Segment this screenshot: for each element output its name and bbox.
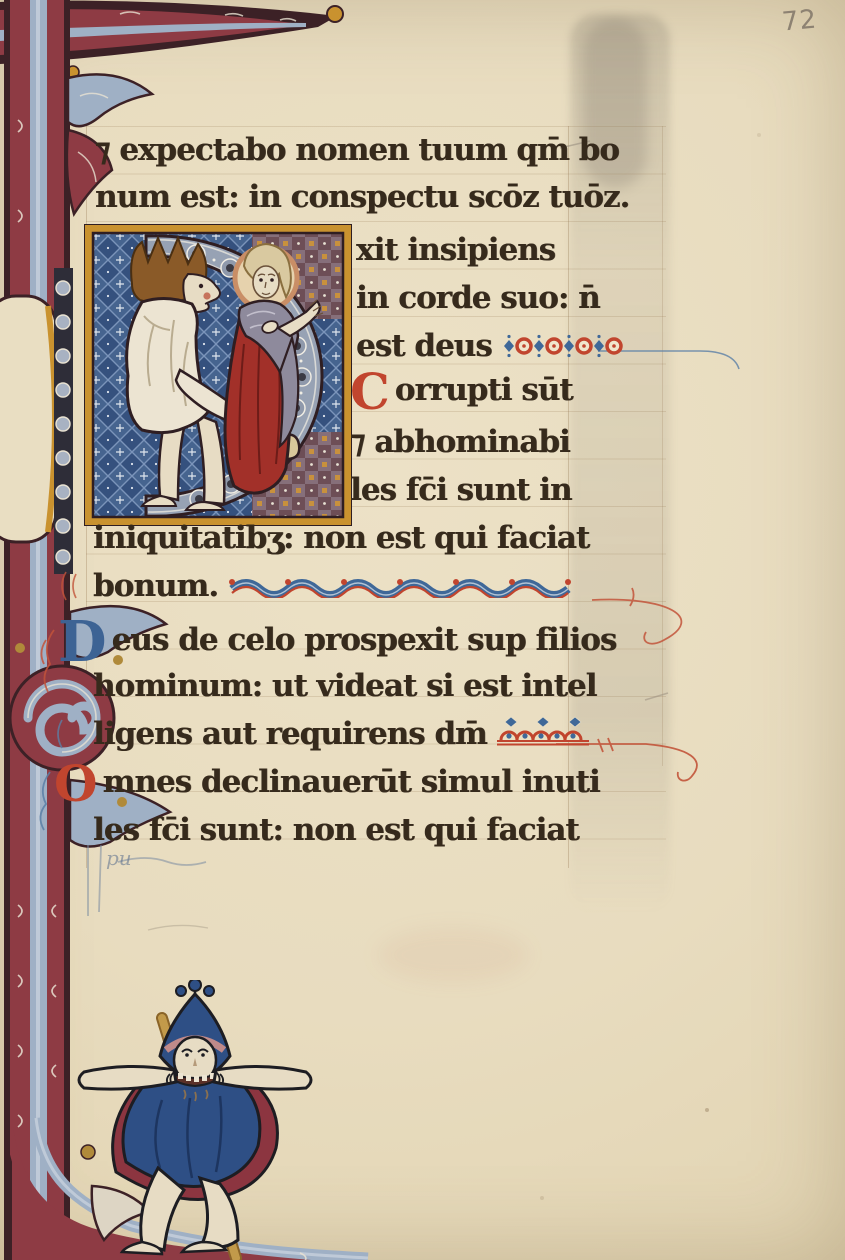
pen-trial-text: pu <box>106 846 132 870</box>
mouth-puller-figure <box>50 980 340 1260</box>
border-bar-top <box>0 1 343 78</box>
text-line: ligens aut requirens dm̄ <box>93 716 597 754</box>
wave-filler-icon <box>228 570 573 606</box>
halo <box>235 247 297 309</box>
initial-D-miniature <box>84 224 352 526</box>
text-line: ⁊ expectabo nomen tuum qm̄ bo <box>95 132 619 168</box>
text-line: hominum: ut videat si est intel <box>93 668 596 704</box>
pointed-hood <box>160 994 230 1078</box>
text-line: Corrupti sūt <box>350 372 573 412</box>
marginal-grotesque <box>50 980 340 1260</box>
text-line: Omnes declinauerūt simul inuti <box>54 764 600 804</box>
left-arm <box>79 1066 176 1089</box>
text-line: iniquitatibʒ: non est qui faciat <box>93 520 589 556</box>
text-line: est deus <box>356 328 628 366</box>
letter-D-bowl <box>146 236 322 516</box>
text-line: num est: in conspectu scōz tuōz. <box>95 179 629 215</box>
bone-club <box>232 398 300 472</box>
arcade-filler-icon <box>497 716 597 754</box>
parchment-fleck <box>540 1196 544 1200</box>
lombardic-initial-O: O <box>54 754 98 813</box>
right-arm <box>214 1066 311 1089</box>
folio-number: 72 <box>781 5 819 38</box>
text-line: ⁊ abhominabi <box>350 424 570 460</box>
lombardic-initial-C: C <box>350 362 390 421</box>
parchment-fleck <box>705 1108 709 1112</box>
pink-smudge <box>378 928 528 982</box>
fool-figure <box>127 238 300 510</box>
text-line: xit insipiens <box>356 232 555 268</box>
staff <box>162 1018 236 1258</box>
manuscript-page: ⁊ expectabo nomen tuum qm̄ bo num est: i… <box>0 0 845 1260</box>
lombardic-initial-D: D <box>58 609 107 675</box>
ruling-vertical-margin <box>662 126 663 766</box>
text-line: in corde suo: n̄ <box>356 280 600 316</box>
text-line: Deus de celo prospexit sup filios <box>58 620 616 665</box>
text-line: bonum. <box>93 568 573 606</box>
text-line: les fc̄i sunt: non est qui faciat <box>93 812 579 848</box>
text-line: les fc̄i sunt in <box>350 472 571 508</box>
historiated-initial-D <box>84 224 352 526</box>
parchment-fleck <box>757 133 761 137</box>
bead-filler-icon <box>502 330 628 366</box>
christ-figure <box>225 244 323 493</box>
